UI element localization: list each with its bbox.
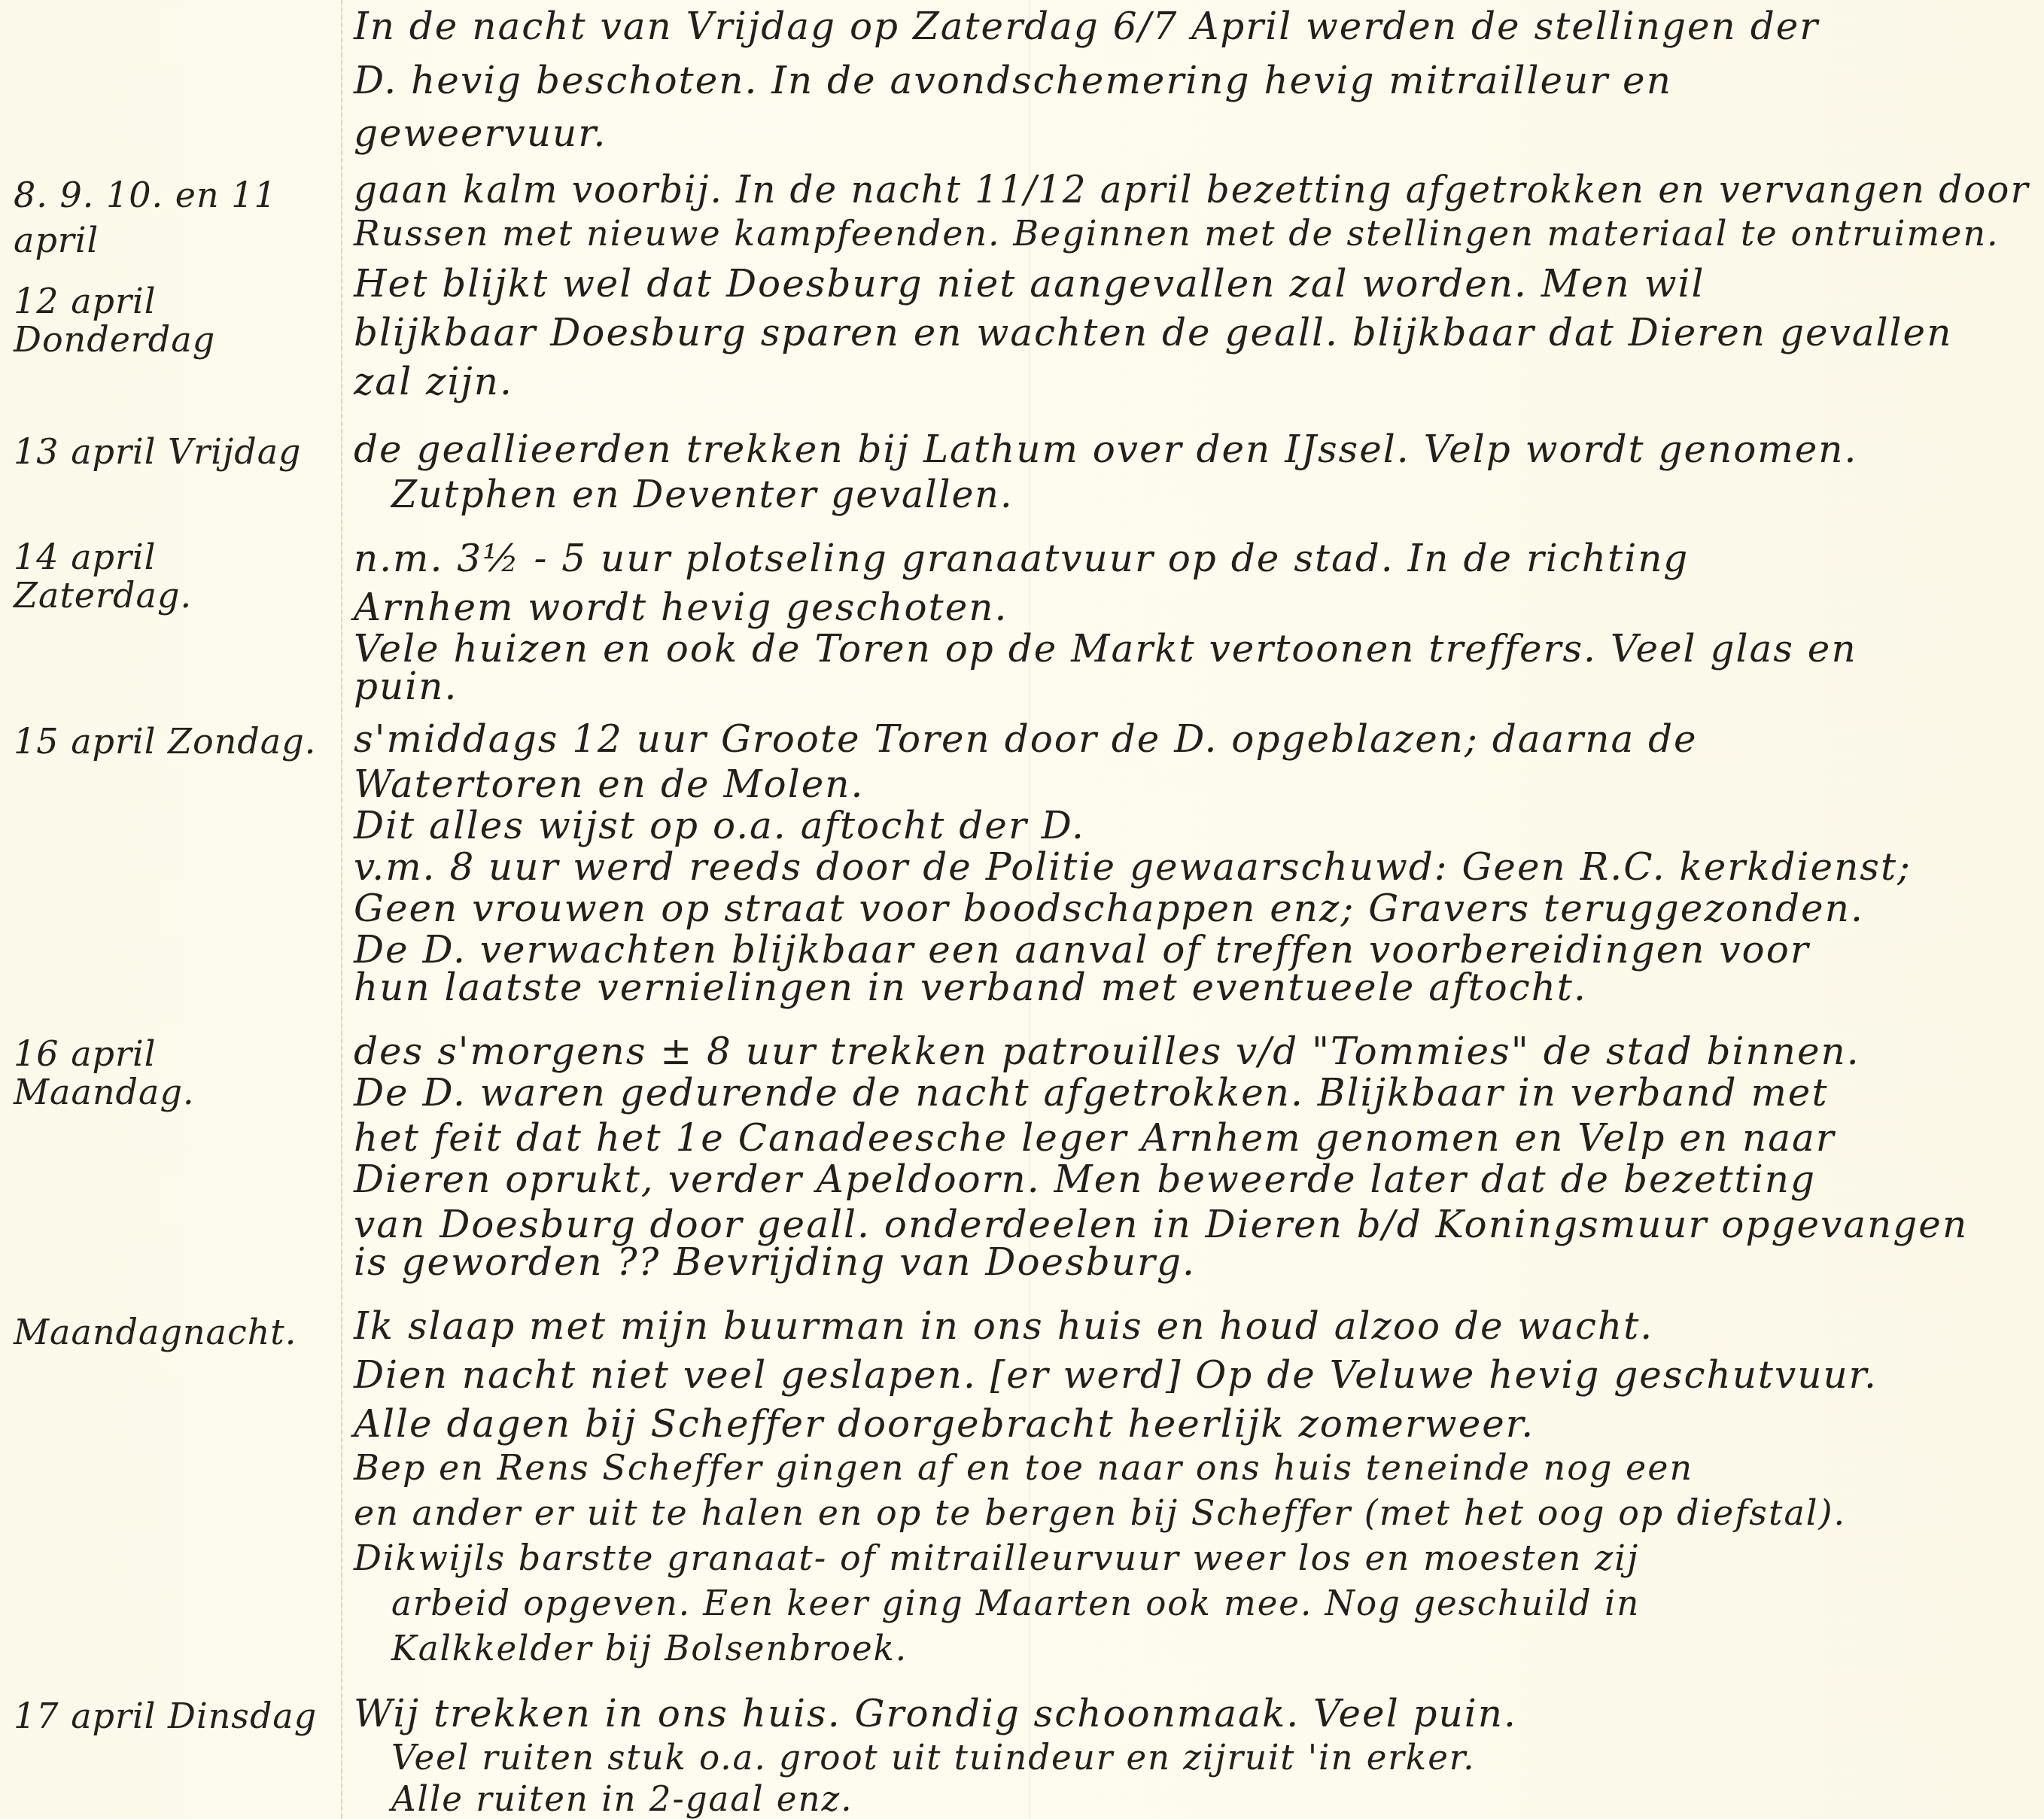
entry-line: Dieren oprukt, verder Apeldoorn. Men bew… bbox=[354, 1159, 2024, 1200]
entry-line: Geen vrouwen op straat voor boodschappen… bbox=[354, 888, 2024, 929]
entry-date: 17 april Dinsdag bbox=[14, 1697, 337, 1735]
entry-line: Alle dagen bij Scheffer doorgebracht hee… bbox=[354, 1404, 2024, 1445]
entry-line: Bep en Rens Scheffer gingen af en toe na… bbox=[354, 1449, 2024, 1487]
entry-date: 15 april Zondag. bbox=[14, 722, 337, 761]
entry-line: Vele huizen en ook de Toren op de Markt … bbox=[354, 628, 2024, 670]
entry-line: arbeid opgeven. Een keer ging Maarten oo… bbox=[391, 1584, 2029, 1623]
entry-line: Arnhem wordt hevig geschoten. bbox=[354, 587, 2024, 628]
entry-line: Dit alles wijst op o.a. aftocht der D. bbox=[354, 805, 2024, 847]
entry-line: D. hevig beschoten. In de avondschemerin… bbox=[354, 60, 2024, 102]
entry-date: 16 april Maandag. bbox=[14, 1035, 337, 1111]
entry-line: Het blijkt wel dat Doesburg niet aangeva… bbox=[354, 263, 2024, 305]
entry-line: Alle ruiten in 2-gaal enz. bbox=[391, 1780, 2029, 1818]
entry-line: de geallieerden trekken bij Lathum over … bbox=[354, 429, 2024, 470]
entry-line: puin. bbox=[354, 666, 2024, 707]
entry-line: hun laatste vernielingen in verband met … bbox=[354, 967, 2024, 1008]
diary-page: In de nacht van Vrijdag op Zaterdag 6/7 … bbox=[0, 0, 2044, 1819]
entry-line: Zutphen en Deventer gevallen. bbox=[391, 474, 2029, 516]
entry-line: Dikwijls barstte granaat- of mitrailleur… bbox=[354, 1539, 2024, 1577]
entry-line: het feit dat het 1e Canadeesche leger Ar… bbox=[354, 1118, 2024, 1159]
entry-line: zal zijn. bbox=[354, 361, 2024, 403]
entry-line: Russen met nieuwe kampfeenden. Beginnen … bbox=[354, 214, 2024, 253]
entry-date: 14 april Zaterdag. bbox=[14, 538, 337, 614]
margin-rule bbox=[341, 0, 342, 1819]
entry-line: s'middags 12 uur Groote Toren door de D.… bbox=[354, 719, 2024, 760]
entry-line: n.m. 3½ - 5 uur plotseling granaatvuur o… bbox=[354, 538, 2024, 579]
entry-line: Dien nacht niet veel geslapen. [er werd]… bbox=[354, 1355, 2024, 1396]
entry-date: 8. 9. 10. en 11 april bbox=[14, 173, 337, 263]
entry-line: geweervuur. bbox=[354, 113, 2024, 154]
entry-line: Kalkkelder bij Bolsenbroek. bbox=[391, 1629, 2029, 1668]
entry-line: blijkbaar Doesburg sparen en wachten de … bbox=[354, 312, 2024, 354]
entry-line: en ander er uit te halen en op te bergen… bbox=[354, 1494, 2024, 1532]
entry-line: van Doesburg door geall. onderdeelen in … bbox=[354, 1204, 2024, 1246]
entry-date: 13 april Vrijdag bbox=[14, 433, 337, 471]
entry-line: des s'morgens ± 8 uur trekken patrouille… bbox=[354, 1031, 2024, 1072]
entry-line: Ik slaap met mijn buurman in ons huis en… bbox=[354, 1306, 2024, 1347]
entry-date: 12 april Donderdag bbox=[14, 282, 337, 358]
entry-line: is geworden ?? Bevrijding van Doesburg. bbox=[354, 1242, 2024, 1283]
entry-line: De D. verwachten blijkbaar een aanval of… bbox=[354, 929, 2024, 971]
entry-date: Maandagnacht. bbox=[14, 1313, 337, 1352]
entry-line: Wij trekken in ons huis. Grondig schoonm… bbox=[354, 1693, 2024, 1735]
entry-line: Veel ruiten stuk o.a. groot uit tuindeur… bbox=[391, 1738, 2029, 1777]
entry-line: In de nacht van Vrijdag op Zaterdag 6/7 … bbox=[354, 6, 2024, 47]
entry-line: gaan kalm voorbij. In de nacht 11/12 apr… bbox=[354, 169, 1972, 211]
entry-line: v.m. 8 uur werd reeds door de Politie ge… bbox=[354, 847, 2024, 888]
entry-line: Watertoren en de Molen. bbox=[354, 764, 2024, 805]
entry-line: De D. waren gedurende de nacht afgetrokk… bbox=[354, 1072, 2024, 1114]
